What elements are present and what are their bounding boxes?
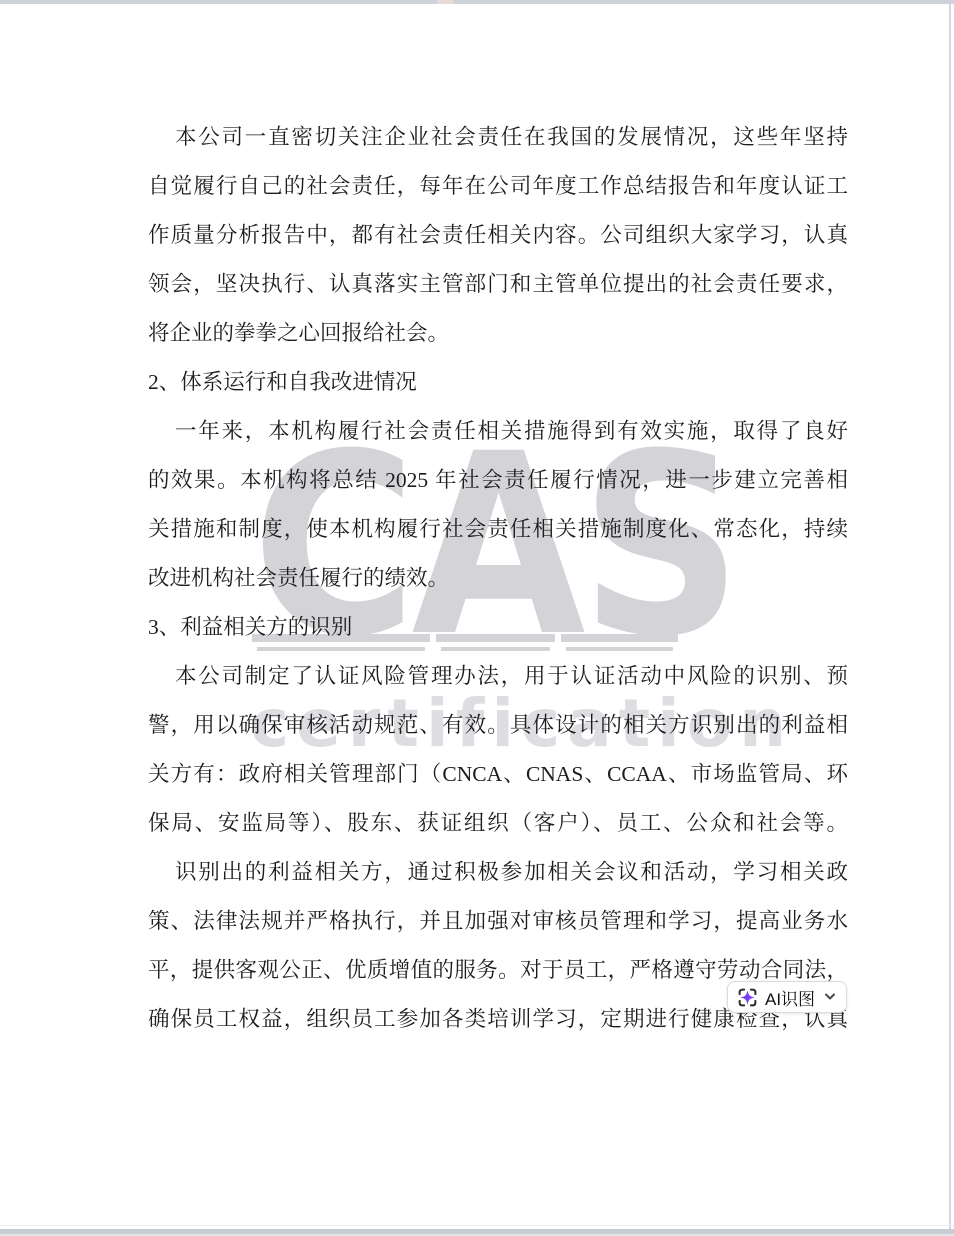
text-line: 改进机构社会责任履行的绩效。: [148, 554, 848, 603]
text-line: 关措施和制度，使本机构履行社会责任相关措施制度化、常态化，持续: [148, 505, 848, 554]
document-text: 本公司一直密切关注企业社会责任在我国的发展情况，这些年坚持自觉履行自己的社会责任…: [148, 113, 848, 1044]
text-line: 领会，坚决执行、认真落实主管部门和主管单位提出的社会责任要求，: [148, 260, 848, 309]
document-viewer: CAS certification 本公司一直密切关注企业社会责任在我国的发展情…: [0, 0, 954, 1236]
text-line: 2、体系运行和自我改进情况: [148, 358, 848, 407]
text-line: 保局、安监局等）、股东、获证组织（客户）、员工、公众和社会等。: [148, 799, 848, 848]
text-line: 策、法律法规并严格执行，并且加强对审核员管理和学习，提高业务水: [148, 897, 848, 946]
text-line: 识别出的利益相关方，通过积极参加相关会议和活动，学习相关政: [148, 848, 848, 897]
text-line: 本公司一直密切关注企业社会责任在我国的发展情况，这些年坚持: [148, 113, 848, 162]
ai-scan-star-icon: [737, 987, 758, 1008]
chevron-down-icon: [824, 993, 836, 1001]
text-line: 本公司制定了认证风险管理办法，用于认证活动中风险的识别、预: [148, 652, 848, 701]
ai-button-label: AI识图: [765, 985, 815, 1010]
text-line: 警，用以确保审核活动规范、有效。具体设计的相关方识别出的利益相: [148, 701, 848, 750]
text-line: 的效果。本机构将总结 2025 年社会责任履行情况，进一步建立完善相: [148, 456, 848, 505]
text-line: 自觉履行自己的社会责任，每年在公司年度工作总结报告和年度认证工: [148, 162, 848, 211]
top-bar-highlight: [437, 0, 453, 4]
text-line: 将企业的拳拳之心回报给社会。: [148, 309, 848, 358]
right-edge-line: [949, 4, 951, 1230]
top-edge-bar: [0, 0, 954, 4]
ai-recognize-button[interactable]: AI识图: [727, 981, 847, 1013]
text-line: 关方有：政府相关管理部门（CNCA、CNAS、CCAA、市场监管局、环: [148, 750, 848, 799]
bottom-faint-line: [0, 1225, 954, 1226]
text-line: 3、利益相关方的识别: [148, 603, 848, 652]
text-line: 作质量分析报告中，都有社会责任相关内容。公司组织大家学习，认真: [148, 211, 848, 260]
text-line: 一年来，本机构履行社会责任相关措施得到有效实施，取得了良好: [148, 407, 848, 456]
